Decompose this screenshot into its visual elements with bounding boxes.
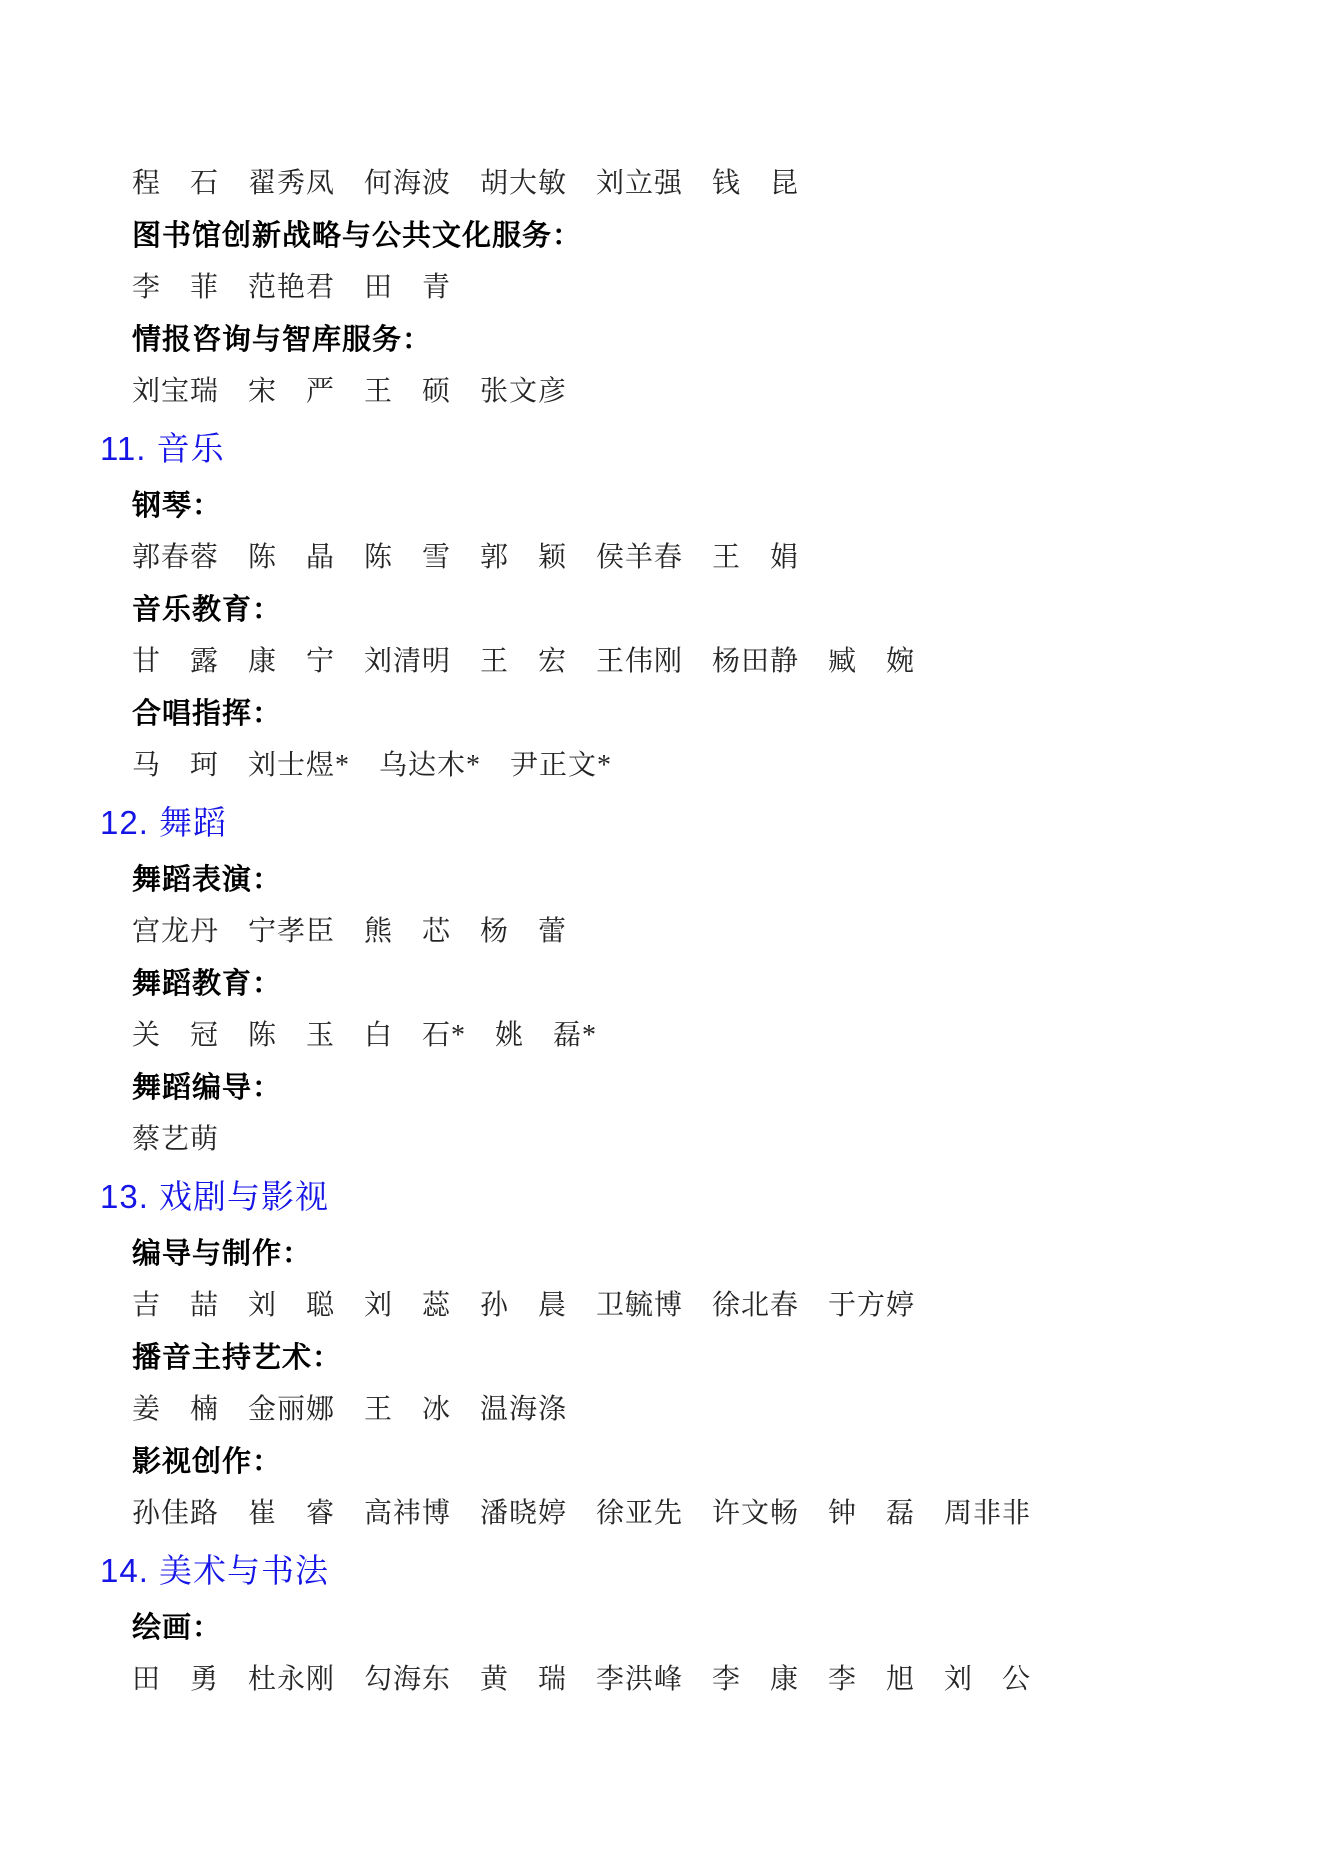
names-line: 郭春蓉 陈 晶 陈 雪 郭 颖 侯羊春 王 娟 [100, 532, 1242, 584]
category-label: 舞蹈教育： [100, 958, 1242, 1010]
category-label: 播音主持艺术： [100, 1332, 1242, 1384]
names-line: 吉 喆 刘 聪 刘 蕊 孙 晨 卫毓博 徐北春 于方婷 [100, 1280, 1242, 1332]
category-label: 合唱指挥： [100, 688, 1242, 740]
names-line: 田 勇 杜永刚 勾海东 黄 瑞 李洪峰 李 康 李 旭 刘 公 [100, 1654, 1242, 1706]
category-label: 图书馆创新战略与公共文化服务： [100, 210, 1242, 262]
section-heading: 11. 音乐 [100, 418, 1242, 480]
names-line: 刘宝瑞 宋 严 王 硕 张文彦 [100, 366, 1242, 418]
names-line: 姜 楠 金丽娜 王 冰 温海涤 [100, 1384, 1242, 1436]
names-line: 程 石 翟秀凤 何海波 胡大敏 刘立强 钱 昆 [100, 158, 1242, 210]
names-line: 宫龙丹 宁孝臣 熊 芯 杨 蕾 [100, 906, 1242, 958]
category-label: 绘画： [100, 1602, 1242, 1654]
section-heading: 14. 美术与书法 [100, 1540, 1242, 1602]
category-label: 钢琴： [100, 480, 1242, 532]
category-label: 编导与制作： [100, 1228, 1242, 1280]
category-label: 情报咨询与智库服务： [100, 314, 1242, 366]
names-line: 马 珂 刘士煜* 乌达木* 尹正文* [100, 740, 1242, 792]
section-heading: 12. 舞蹈 [100, 792, 1242, 854]
section-heading: 13. 戏剧与影视 [100, 1166, 1242, 1228]
category-label: 舞蹈表演： [100, 854, 1242, 906]
names-line: 蔡艺萌 [100, 1114, 1242, 1166]
names-line: 甘 露 康 宁 刘清明 王 宏 王伟刚 杨田静 臧 婉 [100, 636, 1242, 688]
names-line: 孙佳路 崔 睿 高祎博 潘晓婷 徐亚先 许文畅 钟 磊 周非非 [100, 1488, 1242, 1540]
names-line: 李 菲 范艳君 田 青 [100, 262, 1242, 314]
category-label: 影视创作： [100, 1436, 1242, 1488]
category-label: 舞蹈编导： [100, 1062, 1242, 1114]
names-line: 关 冠 陈 玉 白 石* 姚 磊* [100, 1010, 1242, 1062]
document-page: 程 石 翟秀凤 何海波 胡大敏 刘立强 钱 昆 图书馆创新战略与公共文化服务： … [0, 0, 1322, 1871]
category-label: 音乐教育： [100, 584, 1242, 636]
